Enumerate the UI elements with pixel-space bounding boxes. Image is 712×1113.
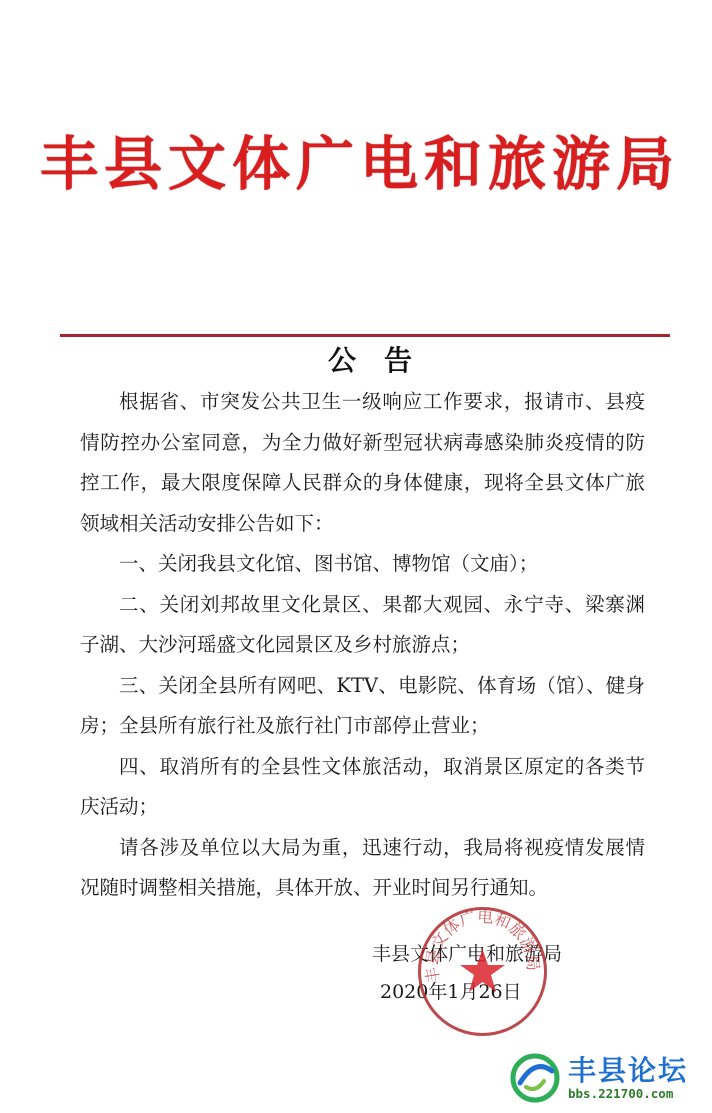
swirl-logo-icon [510,1053,560,1103]
red-rule-divider [60,334,670,337]
official-seal-icon: 丰县文体广电和旅游局 [415,904,550,1039]
forum-name: 丰县论坛 [568,1055,688,1087]
forum-watermark-logo: 丰县论坛 bbs.221700.com [510,1048,710,1108]
intro-paragraph: 根据省、市突发公共卫生一级响应工作要求，报请市、县疫情防控办公室同意，为全力做好… [80,382,645,544]
item-1-paragraph: 一、关闭我县文化馆、图书馆、博物馆（文庙）； [80,544,645,585]
forum-url: bbs.221700.com [568,1087,688,1101]
item-2-paragraph: 二、关闭刘邦故里文化景区、果都大观园、永宁寺、梁寨渊子湖、大沙河瑶盛文化园景区及… [80,585,645,666]
item-3-paragraph: 三、关闭全县所有网吧、KTV、电影院、体育场（馆）、健身房；全县所有旅行社及旅行… [80,666,645,747]
closing-paragraph: 请各涉及单位以大局为重，迅速行动，我局将视疫情发展情况随时调整相关措施，具体开放… [80,828,645,909]
notice-title: 公告 [0,343,712,379]
masthead-title: 丰县文体广电和旅游局 [40,128,680,200]
item-4-paragraph: 四、取消所有的全县性文体旅活动，取消景区原定的各类节庆活动； [80,747,645,828]
notice-body: 根据省、市突发公共卫生一级响应工作要求，报请市、县疫情防控办公室同意，为全力做好… [80,382,645,909]
